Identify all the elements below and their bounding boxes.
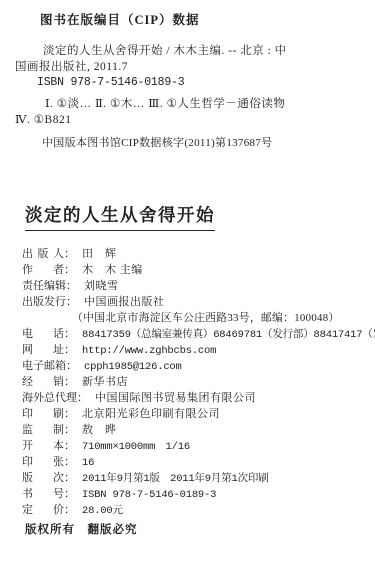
colophon-row-format: 开本：710mm×1000mm 1/16 bbox=[22, 438, 373, 454]
row-value: http://www.zghbcbs.com bbox=[82, 345, 216, 357]
classification-line-1: Ⅰ. ①淡… Ⅱ. ①木… Ⅲ. ①人生哲学－通俗读物 bbox=[15, 97, 367, 113]
colophon-row-sheets: 印张：16 bbox=[22, 454, 373, 470]
colophon-row-publisher-person: 出版人：田 辉 bbox=[22, 246, 373, 262]
row-colon: ： bbox=[64, 248, 75, 260]
row-colon: ： bbox=[64, 424, 75, 436]
cip-isbn: ISBN 978-7-5146-0189-3 bbox=[15, 75, 367, 91]
row-colon: ： bbox=[64, 376, 75, 388]
row-label: 印张 bbox=[22, 454, 64, 470]
row-value: 28.00元 bbox=[82, 505, 123, 517]
row-label: 印刷 bbox=[22, 406, 64, 422]
colophon-row-supervisor: 监制：敖 晔 bbox=[22, 422, 373, 438]
row-label: 网址 bbox=[22, 342, 64, 358]
row-colon: ： bbox=[66, 296, 77, 308]
colophon-row-email: 电子邮箱：cpph1985@126.com bbox=[22, 358, 373, 374]
row-colon: ： bbox=[64, 456, 75, 468]
row-value: 木 木 主编 bbox=[82, 264, 143, 276]
row-value: 新华书店 bbox=[82, 376, 128, 388]
publisher-address: （中国北京市海淀区车公庄西路33号，邮编：100048） bbox=[22, 310, 373, 326]
cip-record-number: 中国版本图书馆CIP数据核字(2011)第137687号 bbox=[42, 134, 272, 150]
row-value: 2011年9月第1版 2011年9月第1次印刷 bbox=[82, 473, 269, 485]
colophon-row-author: 作者：木 木 主编 bbox=[22, 262, 373, 278]
book-title: 淡定的人生从舍得开始 bbox=[25, 202, 215, 231]
row-colon: ： bbox=[64, 440, 75, 452]
row-value: 中国国际图书贸易集团有限公司 bbox=[95, 392, 256, 404]
cip-title-line: 淡定的人生从舍得开始 / 木木主编. -- 北京 : 中 bbox=[15, 44, 367, 60]
book-title-wrap: 淡定的人生从舍得开始 bbox=[25, 202, 215, 231]
row-label: 监制 bbox=[22, 422, 64, 438]
row-label: 定价 bbox=[22, 502, 64, 518]
colophon: 出版人：田 辉 作者：木 木 主编 责任编辑：刘晓雪 出版发行：中国画报出版社 … bbox=[22, 246, 373, 518]
row-value: 敖 晔 bbox=[82, 424, 117, 436]
row-label: 海外总代理 bbox=[22, 390, 77, 406]
row-value: 中国画报出版社 bbox=[84, 296, 165, 308]
row-colon: ： bbox=[64, 328, 75, 340]
classification-line-2: Ⅳ. ①B821 bbox=[15, 113, 367, 129]
row-label: 作者 bbox=[22, 262, 64, 278]
colophon-row-edition: 版次：2011年9月第1版 2011年9月第1次印刷 bbox=[22, 470, 373, 486]
row-colon: ： bbox=[64, 408, 75, 420]
colophon-row-editor: 责任编辑：刘晓雪 bbox=[22, 278, 373, 294]
row-colon: ： bbox=[64, 504, 75, 516]
row-colon: ： bbox=[64, 344, 75, 356]
row-colon: ： bbox=[66, 360, 77, 372]
colophon-row-phone: 电话：88417359（总编室兼传真）68469781（发行部）88417417… bbox=[22, 326, 373, 342]
row-colon: ： bbox=[64, 264, 75, 276]
colophon-row-price: 定价：28.00元 bbox=[22, 502, 373, 518]
row-colon: ： bbox=[77, 392, 88, 404]
row-value: 16 bbox=[82, 457, 94, 469]
row-label: 版次 bbox=[22, 470, 64, 486]
cip-classification-block: Ⅰ. ①淡… Ⅱ. ①木… Ⅲ. ①人生哲学－通俗读物 Ⅳ. ①B821 bbox=[15, 97, 367, 128]
row-value: cpph1985@126.com bbox=[84, 361, 182, 373]
row-label: 出版人 bbox=[22, 246, 64, 262]
row-label: 书号 bbox=[22, 486, 64, 502]
colophon-row-publisher: 出版发行：中国画报出版社 bbox=[22, 294, 373, 310]
copyright-notice: 版权所有 翻版必究 bbox=[25, 521, 138, 537]
colophon-row-website: 网址：http://www.zghbcbs.com bbox=[22, 342, 373, 358]
colophon-row-distributor: 经销：新华书店 bbox=[22, 374, 373, 390]
row-value: ISBN 978-7-5146-0189-3 bbox=[82, 489, 216, 501]
cip-publisher-line: 国画报出版社, 2011.7 bbox=[15, 60, 367, 76]
colophon-row-printer: 印刷：北京阳光彩色印刷有限公司 bbox=[22, 406, 373, 422]
row-label: 电子邮箱 bbox=[22, 358, 66, 374]
colophon-row-overseas-agent: 海外总代理：中国国际图书贸易集团有限公司 bbox=[22, 390, 373, 406]
cip-header: 图书在版编目（CIP）数据 bbox=[40, 10, 200, 28]
row-colon: ： bbox=[64, 488, 75, 500]
row-value: 刘晓雪 bbox=[84, 280, 119, 292]
row-label: 经销 bbox=[22, 374, 64, 390]
row-value: 88417359（总编室兼传真）68469781（发行部）88417417（发行… bbox=[82, 329, 375, 341]
row-label: 开本 bbox=[22, 438, 64, 454]
row-value: 710mm×1000mm 1/16 bbox=[82, 441, 190, 453]
row-label: 责任编辑 bbox=[22, 278, 66, 294]
colophon-row-book-number: 书号：ISBN 978-7-5146-0189-3 bbox=[22, 486, 373, 502]
row-label: 电话 bbox=[22, 326, 64, 342]
row-label: 出版发行 bbox=[22, 294, 66, 310]
row-value: 田 辉 bbox=[82, 248, 117, 260]
cip-data-block: 淡定的人生从舍得开始 / 木木主编. -- 北京 : 中 国画报出版社, 201… bbox=[15, 44, 367, 91]
row-value: 北京阳光彩色印刷有限公司 bbox=[82, 408, 220, 420]
row-colon: ： bbox=[64, 472, 75, 484]
row-colon: ： bbox=[66, 280, 77, 292]
